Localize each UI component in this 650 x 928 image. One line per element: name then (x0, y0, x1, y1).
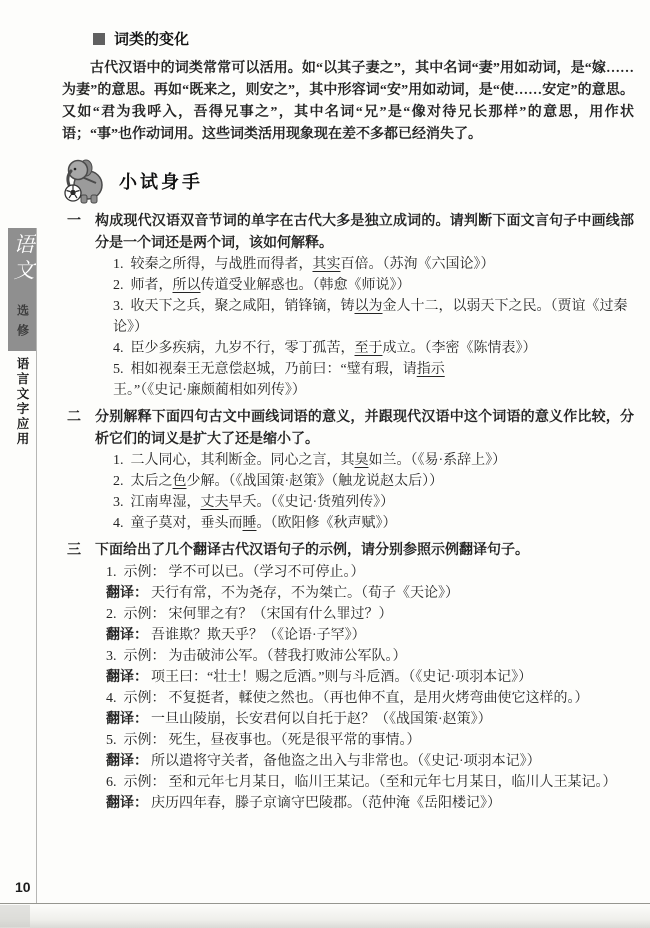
example-text: 不复挺者，輮使之然也。（再也伸不直，是用火烤弯曲使它这样的。） (169, 691, 589, 706)
translation-label: 翻译： (106, 586, 148, 601)
section-number: 二 (62, 407, 95, 450)
exercise-sections: 一构成现代汉语双音节词的单字在古代大多是独立成词的。请判断下面文言句子中画线部分… (62, 211, 634, 814)
brand-title: 语文 (12, 233, 33, 285)
item-number: 5. (106, 733, 117, 748)
item-number: 2. (106, 607, 117, 622)
translation-line: 翻译：庆历四年春，滕子京谪守巴陵郡。（范仲淹《岳阳楼记》） (106, 793, 634, 814)
example-label: 示例： (124, 607, 166, 622)
translation-line: 翻译：项王曰：“壮士！赐之卮酒。”则与斗卮酒。（《史记·项羽本记》） (106, 667, 634, 688)
item-text-post: 王。”（《史记·廉颇蔺相如列传》） (113, 383, 306, 398)
example-label: 示例： (124, 691, 166, 706)
example-text: 学不可以已。（学习不可停止。） (169, 565, 365, 580)
underlined-word: 以为 (355, 299, 383, 314)
exercise-item: 3.江南卑湿，丈夫早夭。（《史记·货殖列传》） (113, 492, 634, 513)
brand-edition: 选修 (17, 304, 29, 344)
example-line: 6.示例：至和元年七月某日，临川王某记。（至和元年七月某日，临川人王某记。） (106, 772, 634, 793)
item-number: 1. (113, 257, 124, 272)
sidebar-series-title: 语言文字应用 (13, 357, 31, 447)
item-text-post: 成立。（李密《陈情表》） (383, 341, 537, 356)
item-text-pre: 太后之 (131, 474, 173, 489)
item-text-pre: 江南卑湿， (131, 495, 201, 510)
example-text: 至和元年七月某日，临川王某记。（至和元年七月某日，临川人王某记。） (169, 775, 617, 790)
example-text: 宋何罪之有？（宋国有什么罪过？） (169, 607, 393, 622)
item-text-pre: 师者， (131, 278, 173, 293)
translation-text: 所以遣将守关者，备他盗之出入与非常也。（《史记·项羽本记》） (151, 754, 541, 769)
underlined-word: 色 (173, 474, 187, 489)
example-line: 5.示例：死生，昼夜事也。（死是很平常的事情。） (106, 730, 634, 751)
exercise-item: 4.臣少多疾病，九岁不行，零丁孤苦，至于成立。（李密《陈情表》） (113, 338, 634, 359)
item-number: 4. (106, 691, 117, 706)
translation-line: 翻译：天行有常，不为尧存，不为桀亡。（荀子《天论》） (106, 583, 634, 604)
exercise-item: 1.二人同心，其利断金。同心之言，其臭如兰。（《易·系辞上》） (113, 450, 634, 471)
square-bullet-icon (93, 33, 105, 45)
section-prompt: 分别解释下面四句古文中画线词语的意义，并跟现代汉语中这个词语的意义作比较，分析它… (95, 407, 634, 450)
section-header: 一构成现代汉语双音节词的单字在古代大多是独立成词的。请判断下面文言句子中画线部分… (62, 211, 634, 254)
section-number: 一 (62, 211, 95, 254)
translation-text: 庆历四年春，滕子京谪守巴陵郡。（范仲淹《岳阳楼记》） (151, 796, 501, 811)
item-number: 2. (113, 278, 124, 293)
translation-label: 翻译： (106, 628, 148, 643)
item-number: 2. (113, 474, 124, 489)
item-number: 3. (106, 649, 117, 664)
translation-line: 翻译：所以遣将守关者，备他盗之出入与非常也。（《史记·项羽本记》） (106, 751, 634, 772)
translation-text: 一旦山陵崩，长安君何以自托于赵？（《战国策·赵策》） (151, 712, 492, 727)
item-text-pre: 臣少多疾病，九岁不行，零丁孤苦， (131, 341, 355, 356)
section-heading: 词类的变化 (93, 28, 634, 49)
exercise-item: 3.收天下之兵，聚之咸阳，销锋镝，铸以为金人十二，以弱天下之民。（贾谊《过秦论》… (113, 296, 634, 338)
page-title: 词类的变化 (114, 28, 189, 49)
translation-text: 项王曰：“壮士！赐之卮酒。”则与斗卮酒。（《史记·项羽本记》） (151, 670, 532, 685)
item-text-pre: 童子莫对，垂头而 (131, 516, 243, 531)
exercise-section: 二分别解释下面四句古文中画线词语的意义，并跟现代汉语中这个词语的意义作比较，分析… (62, 407, 634, 534)
scan-page-edge (0, 904, 650, 928)
translation-line: 翻译：一旦山陵崩，长安君何以自托于赵？（《战国策·赵策》） (106, 709, 634, 730)
item-number: 6. (106, 775, 117, 790)
item-number: 4. (113, 516, 124, 531)
item-text-post: 。（欧阳修《秋声赋》） (257, 516, 397, 531)
item-text-pre: 二人同心，其利断金。同心之言，其 (131, 453, 355, 468)
section-header: 二分别解释下面四句古文中画线词语的意义，并跟现代汉语中这个词语的意义作比较，分析… (62, 407, 634, 450)
textbook-page: 语文 选修 语言文字应用 词类的变化 古代汉语中的词类常常可以活用。如“以其子妻… (0, 0, 650, 928)
sidebar-brand-block: 语文 选修 (8, 228, 37, 351)
exercise-item: 4.童子莫对，垂头而睡。（欧阳修《秋声赋》） (113, 513, 634, 534)
exercise-item: 2.师者，所以传道受业解惑也。（韩愈《师说》） (113, 275, 634, 296)
item-number: 3. (113, 299, 124, 314)
item-text-post: 早夭。（《史记·货殖列传》） (229, 495, 395, 510)
translation-text: 天行有常，不为尧存，不为桀亡。（荀子《天论》） (151, 586, 459, 601)
section-number: 三 (62, 540, 95, 562)
section-prompt: 下面给出了几个翻译古代汉语句子的示例，请分别参照示例翻译句子。 (95, 540, 634, 562)
item-text-pre: 相如视秦王无意偿赵城，乃前曰：“璧有瑕，请 (131, 362, 417, 377)
underlined-word: 指示 (417, 362, 445, 377)
page-content: 词类的变化 古代汉语中的词类常常可以活用。如“以其子妻之”，其中名词“妻”用如动… (62, 28, 634, 814)
example-line: 4.示例：不复挺者，輮使之然也。（再也伸不直，是用火烤弯曲使它这样的。） (106, 688, 634, 709)
translation-line: 翻译：吾谁欺？欺天乎？（《论语·子罕》） (106, 625, 634, 646)
intro-paragraph: 古代汉语中的词类常常可以活用。如“以其子妻之”，其中名词“妻”用如动词，是“嫁…… (62, 58, 634, 146)
underlined-word: 臭 (355, 453, 369, 468)
page-number: 10 (15, 879, 31, 895)
item-number: 4. (113, 341, 124, 356)
exercise-section: 三下面给出了几个翻译古代汉语句子的示例，请分别参照示例翻译句子。1.示例：学不可… (62, 540, 634, 814)
example-line: 2.示例：宋何罪之有？（宋国有什么罪过？） (106, 604, 634, 625)
scan-corner-smudge (0, 905, 30, 927)
example-text: 为击破沛公军。（替我打败沛公军队。） (169, 649, 407, 664)
example-line: 1.示例：学不可以已。（学习不可停止。） (106, 562, 634, 583)
exercise-item: 1.较秦之所得，与战胜而得者，其实百倍。（苏洵《六国论》） (113, 254, 634, 275)
underlined-word: 丈夫 (201, 495, 229, 510)
example-label: 示例： (124, 775, 166, 790)
exercise-section: 一构成现代汉语双音节词的单字在古代大多是独立成词的。请判断下面文言句子中画线部分… (62, 211, 634, 401)
underlined-word: 所以 (173, 278, 201, 293)
item-number: 1. (106, 565, 117, 580)
item-number: 5. (113, 362, 124, 377)
translation-text: 吾谁欺？欺天乎？（《论语·子罕》） (151, 628, 366, 643)
example-label: 示例： (124, 649, 166, 664)
example-line: 3.示例：为击破沛公军。（替我打败沛公军队。） (106, 646, 634, 667)
example-text: 死生，昼夜事也。（死是很平常的事情。） (169, 733, 421, 748)
activity-header: 小试身手 (62, 157, 634, 205)
exercise-item: 5.相如视秦王无意偿赵城，乃前曰：“璧有瑕，请指示王。”（《史记·廉颇蔺相如列传… (113, 359, 634, 401)
activity-title: 小试身手 (119, 168, 203, 194)
elephant-mascot-icon (62, 157, 106, 205)
item-text-post: 传道受业解惑也。（韩愈《师说》） (201, 278, 411, 293)
translation-label: 翻译： (106, 670, 148, 685)
section-header: 三下面给出了几个翻译古代汉语句子的示例，请分别参照示例翻译句子。 (62, 540, 634, 562)
translation-label: 翻译： (106, 796, 148, 811)
item-text-post: 百倍。（苏洵《六国论》） (341, 257, 495, 272)
exercise-item: 2.太后之色少解。（《战国策·赵策》（触龙说赵太后）） (113, 471, 634, 492)
underlined-word: 至于 (355, 341, 383, 356)
translation-label: 翻译： (106, 712, 148, 727)
sidebar-rule (36, 228, 37, 903)
item-number: 1. (113, 453, 124, 468)
translation-label: 翻译： (106, 754, 148, 769)
section-prompt: 构成现代汉语双音节词的单字在古代大多是独立成词的。请判断下面文言句子中画线部分是… (95, 211, 634, 254)
underlined-word: 其实 (313, 257, 341, 272)
underlined-word: 睡 (243, 516, 257, 531)
item-number: 3. (113, 495, 124, 510)
item-text-pre: 较秦之所得，与战胜而得者， (131, 257, 313, 272)
item-text-post: 少解。（《战国策·赵策》（触龙说赵太后）） (187, 474, 444, 489)
example-label: 示例： (124, 565, 166, 580)
example-label: 示例： (124, 733, 166, 748)
item-text-post: 如兰。（《易·系辞上》） (369, 453, 507, 468)
item-text-pre: 收天下之兵，聚之咸阳，销锋镝，铸 (131, 299, 355, 314)
